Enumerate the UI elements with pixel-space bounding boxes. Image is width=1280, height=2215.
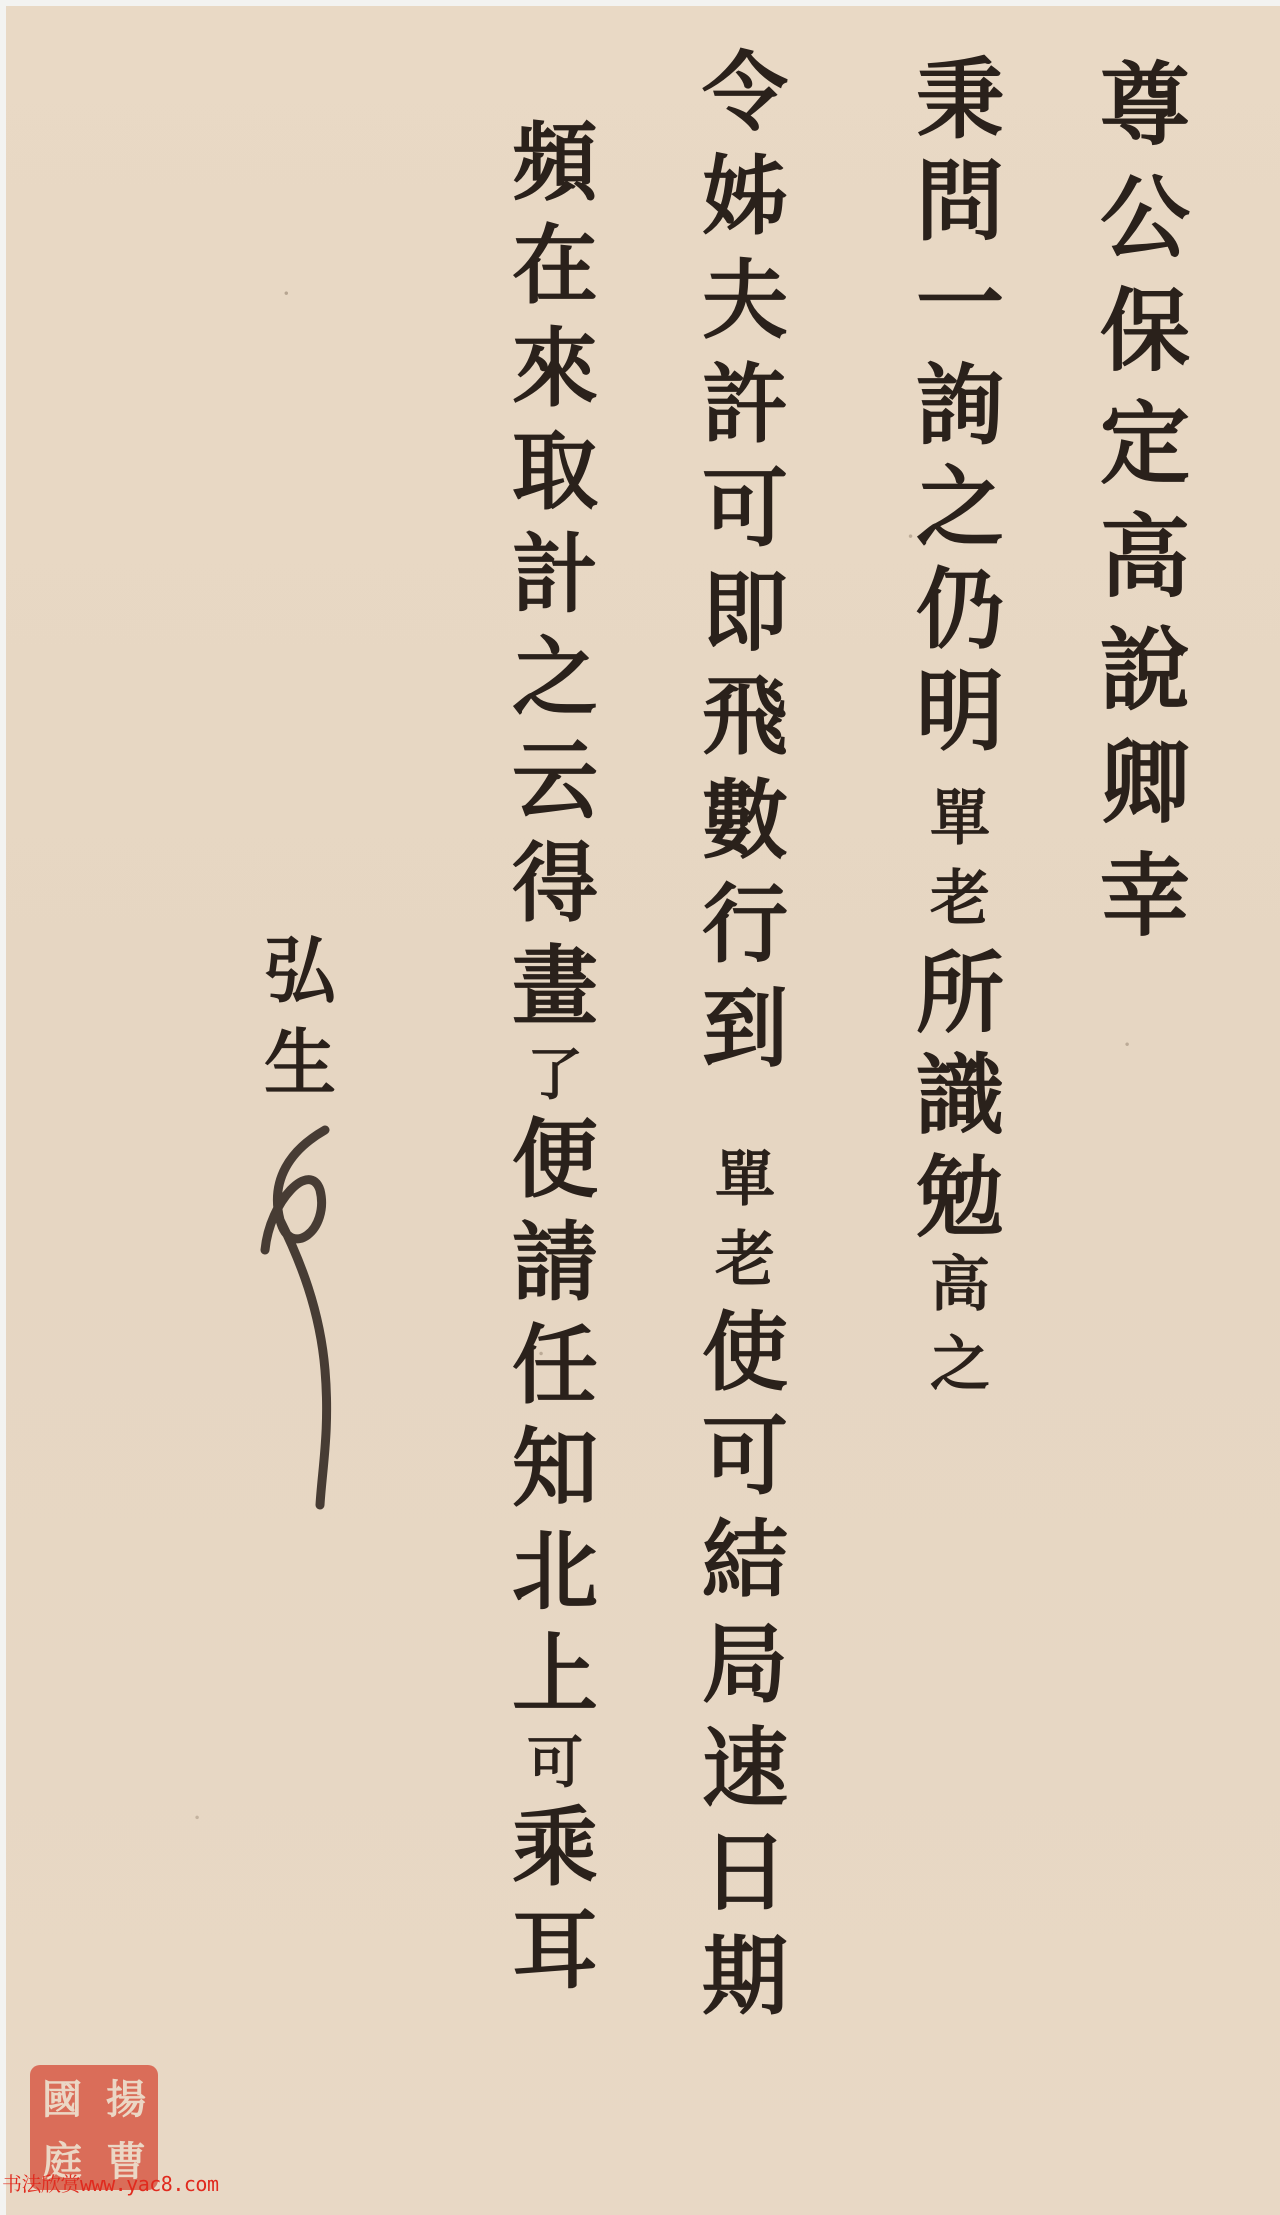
character: 得 [512, 841, 598, 944]
signature-character: 生 [264, 1027, 336, 1119]
honorific-character: 老 [715, 1230, 775, 1310]
character: 所 [916, 949, 1004, 1051]
character: 一 [916, 259, 1004, 361]
character: 公 [1100, 173, 1190, 286]
character: 使 [702, 1310, 788, 1414]
character: 保 [1100, 286, 1190, 399]
character: 飛 [702, 674, 788, 778]
signature-flourish-icon [250, 1110, 350, 1510]
character: 高 [930, 1255, 990, 1335]
character: 可 [702, 466, 788, 570]
text-column-1: 尊 公 保 定 高 說 卿 幸 [1090, 60, 1200, 964]
honorific-character: 單 [930, 789, 990, 869]
character: 在 [512, 223, 598, 326]
character: 數 [702, 778, 788, 882]
character: 期 [702, 1934, 788, 2038]
character: 之 [916, 463, 1004, 565]
character: 云 [512, 738, 598, 841]
character: 任 [512, 1323, 598, 1426]
character: 計 [512, 532, 598, 635]
character: 識 [916, 1051, 1004, 1153]
signature: 弘 生 [245, 935, 355, 1119]
honorific-character: 單 [715, 1150, 775, 1230]
watermark: 书法欣赏www.yac8.com [2, 2168, 219, 2197]
character: 許 [702, 362, 788, 466]
paper-background [6, 6, 1280, 2215]
character: 北 [512, 1529, 598, 1632]
character: 勉 [916, 1153, 1004, 1255]
character: 即 [702, 570, 788, 674]
character: 令 [702, 50, 788, 154]
character: 定 [1100, 399, 1190, 512]
character: 速 [702, 1726, 788, 1830]
text-column-4: 頻 在 來 取 計 之 云 得 畫 了 便 請 任 知 北 上 可 乘 耳 [500, 120, 610, 2011]
character: 了 [527, 1047, 583, 1117]
character: 便 [512, 1117, 598, 1220]
character: 知 [512, 1426, 598, 1529]
seal-character: 揚 [94, 2065, 158, 2128]
character: 頻 [512, 120, 598, 223]
character: 仍 [916, 565, 1004, 667]
character: 結 [702, 1518, 788, 1622]
character: 乘 [512, 1805, 598, 1908]
character: 之 [930, 1335, 990, 1415]
character: 之 [512, 635, 598, 738]
character: 問 [916, 157, 1004, 259]
character: 到 [702, 986, 788, 1090]
character: 卿 [1100, 738, 1190, 851]
character: 耳 [512, 1908, 598, 2011]
character: 請 [512, 1220, 598, 1323]
character: 夫 [702, 258, 788, 362]
text-column-2: 秉 問 一 詢 之 仍 明 單 老 所 識 勉 高 之 [905, 55, 1015, 1415]
character: 可 [702, 1414, 788, 1518]
character: 日 [702, 1830, 788, 1934]
character: 畫 [512, 944, 598, 1047]
signature-character: 弘 [264, 935, 336, 1027]
character: 幸 [1100, 851, 1190, 964]
honorific-character: 老 [930, 869, 990, 949]
character: 行 [702, 882, 788, 986]
seal-character: 國 [30, 2065, 94, 2128]
character: 局 [702, 1622, 788, 1726]
character: 秉 [916, 55, 1004, 157]
character: 來 [512, 326, 598, 429]
character: 詢 [916, 361, 1004, 463]
character: 明 [916, 667, 1004, 769]
character: 可 [527, 1735, 583, 1805]
character: 說 [1100, 625, 1190, 738]
character: 尊 [1100, 60, 1190, 173]
character: 高 [1100, 512, 1190, 625]
text-column-3: 令 姊 夫 許 可 即 飛 數 行 到 單 老 使 可 結 局 速 日 期 [690, 50, 800, 2038]
character: 姊 [702, 154, 788, 258]
character: 上 [512, 1632, 598, 1735]
character: 取 [512, 429, 598, 532]
